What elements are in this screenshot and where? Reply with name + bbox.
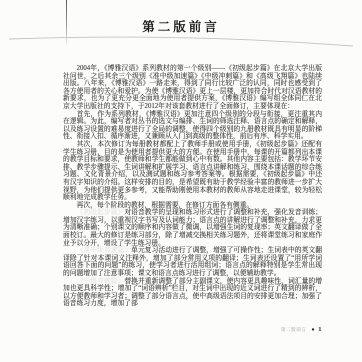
faded-volume-label: 《初级起步篇》 — [77, 209, 125, 216]
body-paragraph: 其次，本次修订为每册教材都配上了教师手册或使用手册，《初级起步篇》还配有学生练习… — [63, 141, 322, 202]
footer-dot-icon: ● — [311, 327, 315, 333]
faded-volume-label: 《中级冲刺篇》 — [77, 278, 125, 285]
body-paragraph: 《准中级加速篇》单元复习活动进行了调整，增强了可操作性；生词表中的英文翻译除了针… — [63, 247, 322, 277]
footer-label: 第二版前言 — [281, 327, 306, 332]
title-underline-rule — [0, 33, 362, 51]
scanned-book-page: 第二版前言 2004年，《博雅汉语》系列教材的第一个级别——《初级起步篇》在北京… — [0, 0, 362, 362]
preface-body: 2004年，《博雅汉语》系列教材的第一个级别——《初级起步篇》在北京大学出版社问… — [63, 65, 322, 308]
body-paragraph: 《中级冲刺篇》替换并重新调整了部分主副课文，使内容更具趣味性，词汇量的增加也更具… — [63, 278, 322, 308]
page-footer: 第二版前言●1 — [63, 326, 322, 333]
faded-volume-label: 《准中级加速篇》 — [77, 247, 132, 254]
body-paragraph: 首先，作为系列教材，《博雅汉语》更加注意四个级别的分段与衔接，更注重其内在逻辑。… — [63, 111, 322, 141]
body-paragraph: 《初级起步篇》对语音教学的呈现和练习形式进行了调整和补充，强化发音训练；增加汉字… — [63, 209, 322, 247]
page-number: 1 — [318, 326, 322, 333]
body-paragraph: 2004年，《博雅汉语》系列教材的第一个级别——《初级起步篇》在北京大学出版社问… — [63, 65, 322, 111]
